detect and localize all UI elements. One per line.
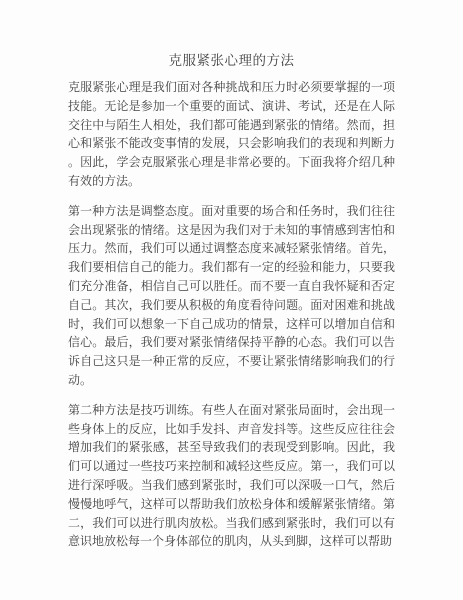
paragraph: 克服紧张心理是我们面对各种挑战和压力时必须要掌握的一项技能。无论是参加一个重要的… bbox=[68, 78, 395, 191]
document-title: 克服紧张心理的方法 bbox=[68, 51, 395, 70]
paragraph: 第一种方法是调整态度。面对重要的场合和任务时，我们往往会出现紧张的情绪。这是因为… bbox=[68, 202, 395, 390]
paragraph: 第二种方法是技巧训练。有些人在面对紧张局面时，会出现一些身体上的反应，比如手发抖… bbox=[68, 401, 395, 551]
document-page: 克服紧张心理的方法 克服紧张心理是我们面对各种挑战和压力时必须要掌握的一项技能。… bbox=[0, 0, 463, 600]
